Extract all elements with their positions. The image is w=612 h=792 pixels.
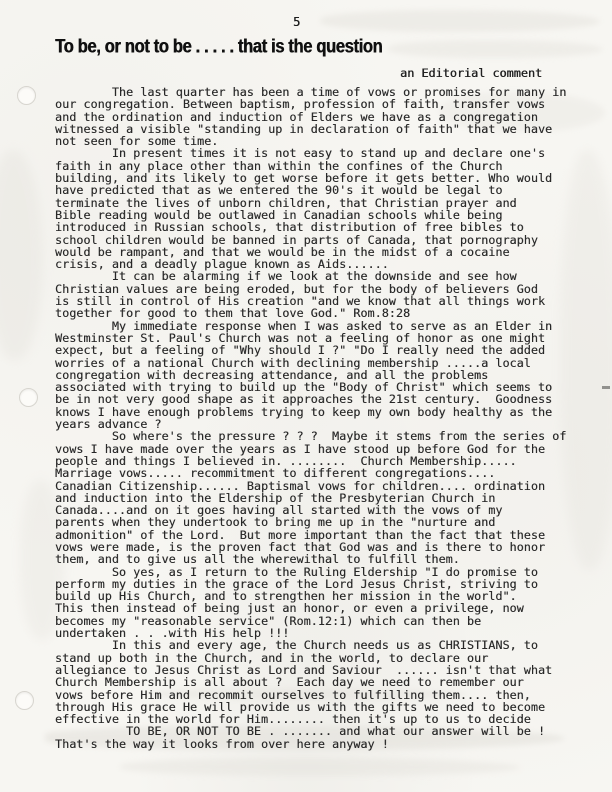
scanned-newsletter-page: 5 To be, or not to be . . . . . that is … — [0, 0, 612, 792]
paragraph: In present times it is not easy to stand… — [55, 147, 575, 270]
paragraph: So where's the pressure ? ? ? Maybe it s… — [55, 430, 575, 565]
editorial-byline: an Editorial comment — [400, 66, 542, 80]
paragraph: So yes, as I return to the Ruling Elders… — [55, 566, 575, 640]
hole-punch — [19, 388, 38, 407]
bleedthrough-artifact — [0, 150, 43, 360]
article-body: The last quarter has been a time of vows… — [55, 86, 575, 750]
scan-edge-mark — [602, 386, 610, 389]
hole-punch — [15, 691, 34, 710]
bleedthrough-artifact — [320, 10, 600, 32]
bleedthrough-artifact — [120, 758, 520, 776]
closing-remark: That's the way it looks from over here a… — [55, 738, 575, 750]
page-number: 5 — [293, 15, 300, 29]
paragraph: It can be alarming if we look at the dow… — [55, 270, 575, 319]
hole-punch — [17, 86, 36, 105]
paragraph: The last quarter has been a time of vows… — [55, 86, 575, 147]
bleedthrough-artifact — [388, 40, 603, 58]
paragraph: My immediate response when I was asked t… — [55, 320, 575, 431]
paragraph: In this and every age, the Church needs … — [55, 639, 575, 737]
article-title: To be, or not to be . . . . . that is th… — [55, 35, 382, 58]
